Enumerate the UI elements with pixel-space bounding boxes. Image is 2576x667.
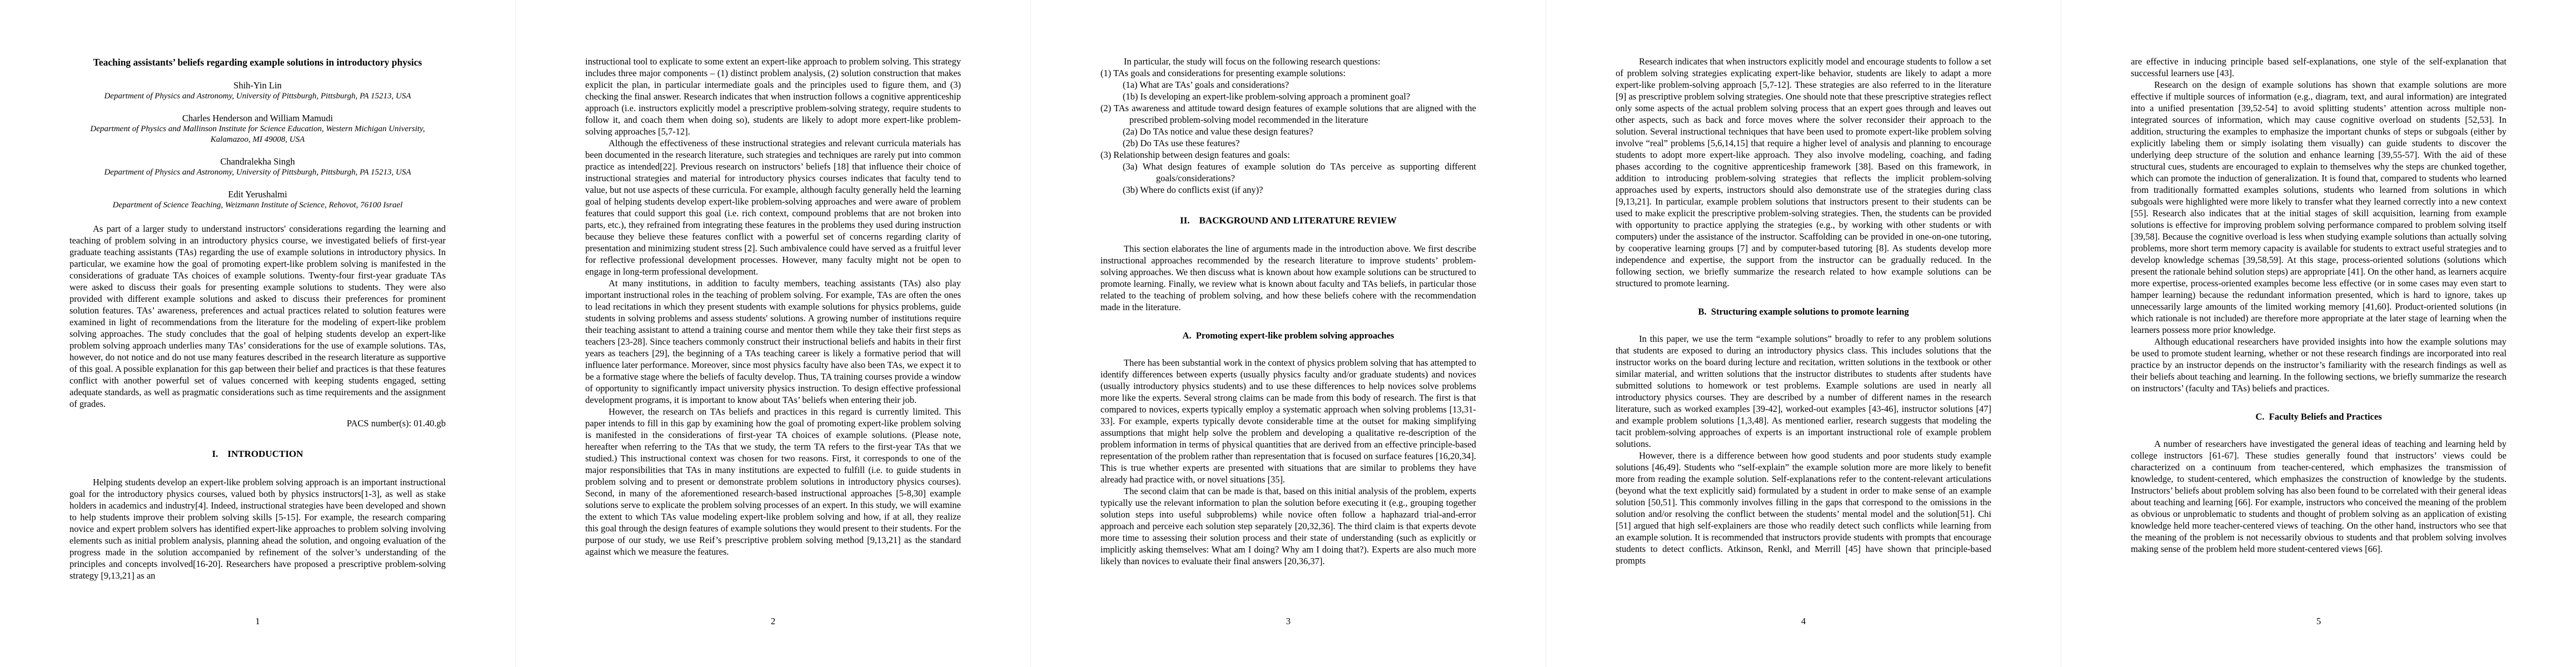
abstract-paragraph: As part of a larger study to understand … <box>69 223 446 410</box>
page-content: Teaching assistants’ beliefs regarding e… <box>0 56 515 581</box>
section-heading: I. INTRODUCTION <box>69 448 446 460</box>
author-name: Edit Yerushalmi <box>69 188 446 200</box>
page-2: instructional tool to explicate to some … <box>515 0 1030 667</box>
body-paragraph: However, there is a difference between h… <box>1616 450 1991 566</box>
author-affiliation: Department of Physics and Mallinson Inst… <box>69 124 446 145</box>
author-name: Shih-Yin Lin <box>69 79 446 91</box>
page-content: instructional tool to explicate to some … <box>516 56 1030 558</box>
body-paragraph: The second claim that can be made is tha… <box>1100 485 1476 567</box>
body-paragraph: A number of researchers have investigate… <box>2131 438 2507 555</box>
body-paragraph: At many institutions, in addition to fac… <box>585 277 961 406</box>
research-question-item: (3) Relationship between design features… <box>1100 149 1476 161</box>
research-question-subitem: (2a) Do TAs notice and value these desig… <box>1100 126 1476 137</box>
body-paragraph: In particular, the study will focus on t… <box>1100 56 1476 67</box>
subsection-heading: C. Faculty Beliefs and Practices <box>2131 411 2507 422</box>
section-heading: II. BACKGROUND AND LITERATURE REVIEW <box>1100 215 1476 226</box>
page-number: 2 <box>516 616 1030 627</box>
body-paragraph: Research on the design of example soluti… <box>2131 79 2507 336</box>
body-paragraph: are effective in inducing principle base… <box>2131 56 2507 79</box>
body-paragraph: However, the research on TAs beliefs and… <box>585 406 961 558</box>
research-question-subitem: (1a) What are TAs’ goals and considerati… <box>1100 79 1476 91</box>
page-1: Teaching assistants’ beliefs regarding e… <box>0 0 515 667</box>
author-affiliation: Department of Physics and Astronomy, Uni… <box>69 167 446 178</box>
page-number: 3 <box>1031 616 1546 627</box>
research-question-item: (1) TAs goals and considerations for pre… <box>1100 67 1476 79</box>
body-paragraph: Helping students develop an expert-like … <box>69 476 446 581</box>
pacs-number: PACS number(s): 01.40.gb <box>69 417 446 429</box>
body-paragraph: In this paper, we use the term “example … <box>1616 333 1991 450</box>
page-5: are effective in inducing principle base… <box>2061 0 2576 667</box>
body-paragraph: There has been substantial work in the c… <box>1100 357 1476 485</box>
page-number: 5 <box>2061 616 2576 627</box>
research-question-subitem: (2b) Do TAs use these features? <box>1100 137 1476 149</box>
page-number: 1 <box>0 616 515 627</box>
author-affiliation: Department of Science Teaching, Weizmann… <box>69 200 446 211</box>
body-paragraph: Although educational researchers have pr… <box>2131 336 2507 394</box>
research-question-subitem: (3a) What design features of example sol… <box>1100 161 1476 184</box>
subsection-heading: B. Structuring example solutions to prom… <box>1616 306 1991 317</box>
subsection-heading: A. Promoting expert-like problem solving… <box>1100 330 1476 341</box>
author-name: Charles Henderson and William Mamudi <box>69 112 446 124</box>
body-paragraph: Although the effectiveness of these inst… <box>585 137 961 277</box>
paper-title: Teaching assistants’ beliefs regarding e… <box>69 56 446 69</box>
research-question-subitem: (3b) Where do conflicts exist (if any)? <box>1100 184 1476 196</box>
page-content: Research indicates that when instructors… <box>1546 56 2061 566</box>
page-content: In particular, the study will focus on t… <box>1031 56 1546 567</box>
body-paragraph: This section elaborates the line of argu… <box>1100 243 1476 313</box>
author-affiliation: Department of Physics and Astronomy, Uni… <box>69 91 446 102</box>
page-number: 4 <box>1546 616 2061 627</box>
author-name: Chandralekha Singh <box>69 156 446 167</box>
research-question-subitem: (1b) Is developing an expert-like proble… <box>1100 91 1476 102</box>
research-question-item: (2) TAs awareness and attitude toward de… <box>1100 102 1476 126</box>
body-paragraph: instructional tool to explicate to some … <box>585 56 961 137</box>
page-3: In particular, the study will focus on t… <box>1030 0 1546 667</box>
document-canvas: Teaching assistants’ beliefs regarding e… <box>0 0 2576 667</box>
page-4: Research indicates that when instructors… <box>1546 0 2061 667</box>
body-paragraph: Research indicates that when instructors… <box>1616 56 1991 289</box>
page-content: are effective in inducing principle base… <box>2061 56 2576 555</box>
